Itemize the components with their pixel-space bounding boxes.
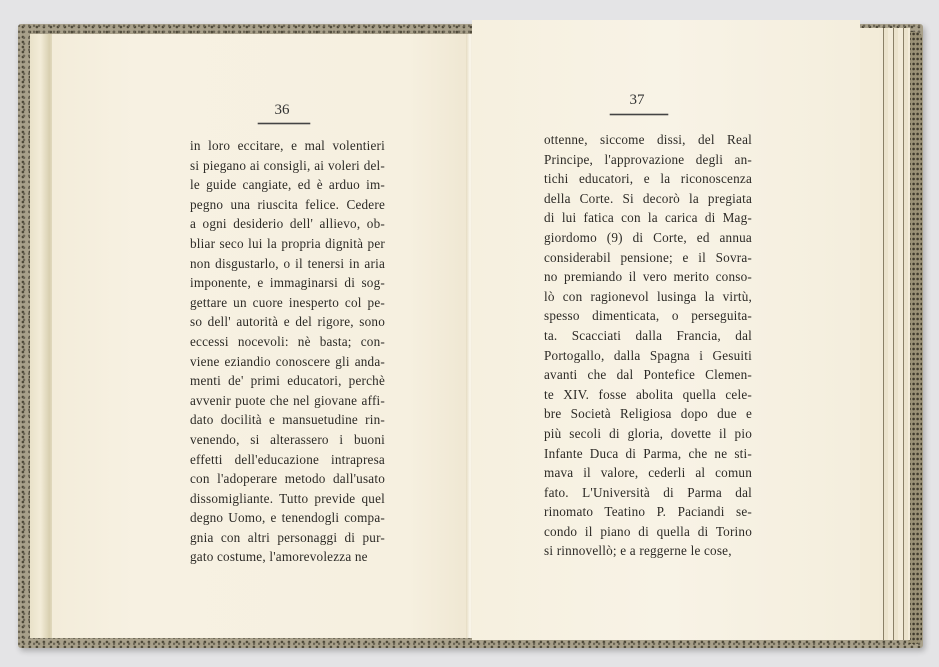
text-line: Principe, l'approvazione degli an- [544,150,752,170]
text-line: condo il piano di quella di Torino [544,522,752,542]
page-rule-right [610,114,668,115]
text-line: Infante Duca di Parma, che ne sti- [544,444,752,464]
text-line: avvenir puote che nel giovane affi- [190,391,385,411]
left-page: 36 in loro eccitare, e mal volentierisi … [52,34,470,638]
page-number-left: 36 [252,102,312,119]
text-line: si rinnovellò; e a reggerne le cose, [544,541,752,561]
right-page: 37 ottenne, siccome dissi, del RealPrinc… [472,20,860,640]
text-line: fato. L'Università di Parma dal [544,483,752,503]
text-line: dato docilità e mansuetudine rin- [190,410,385,430]
text-line: in loro eccitare, e mal volentieri [190,136,385,156]
text-line: di lui fatica con la carica di Mag- [544,208,752,228]
text-line: lò con ragionevol lusinga la virtù, [544,287,752,307]
text-line: le guide cangiate, ed è arduo im- [190,175,385,195]
text-line: gettare un cuore inesperto col pe- [190,293,385,313]
text-line: a ogni desiderio dell' allievo, ob- [190,214,385,234]
text-line: dissomigliante. Tutto previde quel [190,489,385,509]
text-line: bliar seco lui la propria dignità per [190,234,385,254]
text-line: so dell' autorità e del rigore, sono [190,312,385,332]
text-line: ta. Scacciati dalla Francia, dal [544,326,752,346]
text-line: tichi educatori, e la riconoscenza [544,169,752,189]
page-rule-left [258,123,310,124]
text-line: non disgustarlo, o il tenersi in aria [190,254,385,274]
text-line: ottenne, siccome dissi, del Real [544,130,752,150]
text-line: pegno una riuscita felice. Cedere [190,195,385,215]
page-fore-edge-front [858,28,879,640]
text-line: giordomo (9) di Corte, ed annua [544,228,752,248]
text-line: gato costume, l'amorevolezza ne [190,547,385,567]
left-page-text: in loro eccitare, e mal volentierisi pie… [190,136,385,567]
text-line: imponente, e immaginarsi di sog- [190,273,385,293]
text-line: te XIV. fosse abolita quella cele- [544,385,752,405]
text-line: avanti che dal Pontefice Clemen- [544,365,752,385]
text-line: bre Società Religiosa dopo due e [544,404,752,424]
text-line: effetti dell'educazione intrapresa [190,450,385,470]
text-line: mava il valore, cederli al comun [544,463,752,483]
text-line: venendo, si alterassero i buoni [190,430,385,450]
right-page-text: ottenne, siccome dissi, del RealPrincipe… [544,130,752,561]
text-line: spesso dimenticata, o perseguita- [544,306,752,326]
text-line: menti de' primi educatori, perchè [190,371,385,391]
text-line: no premiando il vero merito conso- [544,267,752,287]
text-line: rinomato Teatino P. Paciandi se- [544,502,752,522]
text-line: considerabil pensione; e il Sovra- [544,248,752,268]
text-line: si piegano ai consigli, ai voleri del- [190,156,385,176]
cover-edge-right [908,32,922,644]
text-line: della Corte. Si decorò la pregiata [544,189,752,209]
text-line: gnia con altri personaggi di pur- [190,528,385,548]
text-line: più secoli di gloria, dovette il pio [544,424,752,444]
text-line: degno Uomo, e tenendogli compa- [190,508,385,528]
text-line: viene eziandio conoscere gli anda- [190,352,385,372]
text-line: eccessi nocevoli: nè basta; con- [190,332,385,352]
text-line: con l'adoperare metodo dall'usato [190,469,385,489]
text-line: Portogallo, dalla Spagna i Gesuiti [544,346,752,366]
page-number-right: 37 [607,92,667,109]
